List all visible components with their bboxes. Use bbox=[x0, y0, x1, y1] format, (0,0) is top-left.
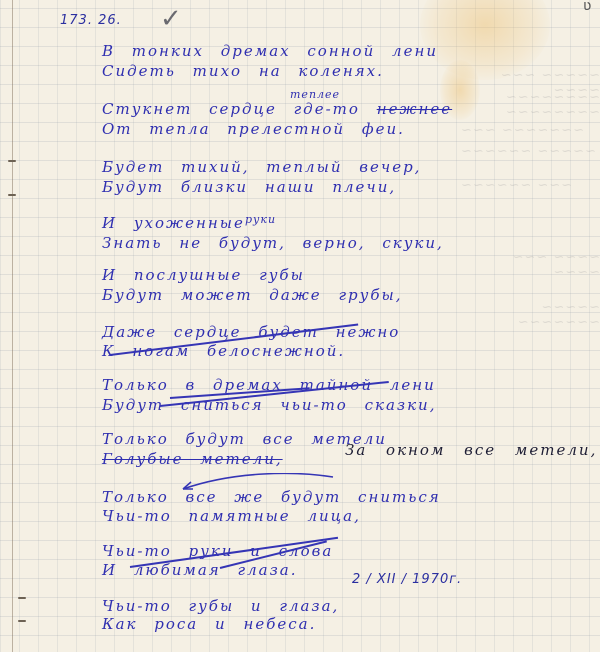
poem-line-struck: Будут сниться чьи-то сказки, bbox=[102, 396, 436, 414]
binding-staple bbox=[18, 597, 26, 599]
manuscript-page: ~~~~~ ~~~ ~~~~ ~~~~~~~~ ~~~~~~~~ ~~~~~~~… bbox=[0, 0, 600, 652]
poem-line-struck: Чьи-то руки и слова bbox=[102, 542, 333, 560]
poem-line: Будет тихий, теплый вечер, bbox=[102, 158, 421, 176]
poem-line: Стукнет сердце где-то нежнее bbox=[102, 100, 452, 118]
archive-reference-number: 173. 26. bbox=[60, 13, 122, 28]
poem-line: И послушные губы bbox=[102, 266, 305, 284]
poem-line: В тонких дремах сонной лени bbox=[102, 42, 438, 60]
poem-line-struck: И любимая глаза. bbox=[102, 561, 297, 579]
binding-staple bbox=[8, 160, 16, 162]
struck-word: нежнее bbox=[377, 100, 452, 118]
checkmark-icon: ✓ bbox=[160, 4, 182, 34]
bleed-through-text: ~~~~~~~ ~~~ bbox=[460, 123, 584, 138]
date-signature: 2 / XII / 1970г. bbox=[352, 572, 462, 587]
poem-line: Сидеть тихо на коленях. bbox=[102, 62, 384, 80]
bleed-through-text: ~~~~~~~~ ~~~~~~~~ bbox=[430, 90, 600, 120]
bleed-through-text: ~~~ ~~~~~~ bbox=[460, 178, 572, 193]
poem-line: И ухоженные bbox=[102, 214, 245, 232]
poem-line: От тепла прелестной феи. bbox=[102, 120, 405, 138]
insertion-above: руки bbox=[245, 213, 276, 226]
binding-staple bbox=[18, 620, 26, 622]
poem-line: Только все же будут сниться bbox=[102, 488, 441, 506]
poem-line: Будут близки наши плечи, bbox=[102, 178, 396, 196]
poem-line: Будут может даже грубы, bbox=[102, 286, 402, 304]
poem-line: Знать не будут, верно, скуки, bbox=[102, 234, 444, 252]
corner-pencil-mark: ʋ bbox=[583, 0, 591, 14]
bleed-through-text: ~~~~ ~~~ ~~~~ bbox=[480, 250, 600, 280]
bleed-through-text: ~~~~~ ~~~~~~~ bbox=[480, 300, 600, 330]
poem-line: Как роса и небеса. bbox=[102, 615, 316, 633]
poem-line: Чьи-то губы и глаза, bbox=[102, 597, 339, 615]
poem-line: Чьи-то памятные лица, bbox=[102, 507, 361, 525]
bleed-through-text: ~~~~~ ~~~~~~ bbox=[460, 144, 596, 159]
poem-line-text: Стукнет сердце где-то bbox=[102, 100, 360, 118]
binding-staple bbox=[8, 194, 16, 196]
margin-note-black-ink: За окном все метели, bbox=[345, 441, 597, 459]
binding-margin-line bbox=[12, 0, 13, 652]
poem-line-struck: Голубые метели, bbox=[102, 450, 283, 468]
